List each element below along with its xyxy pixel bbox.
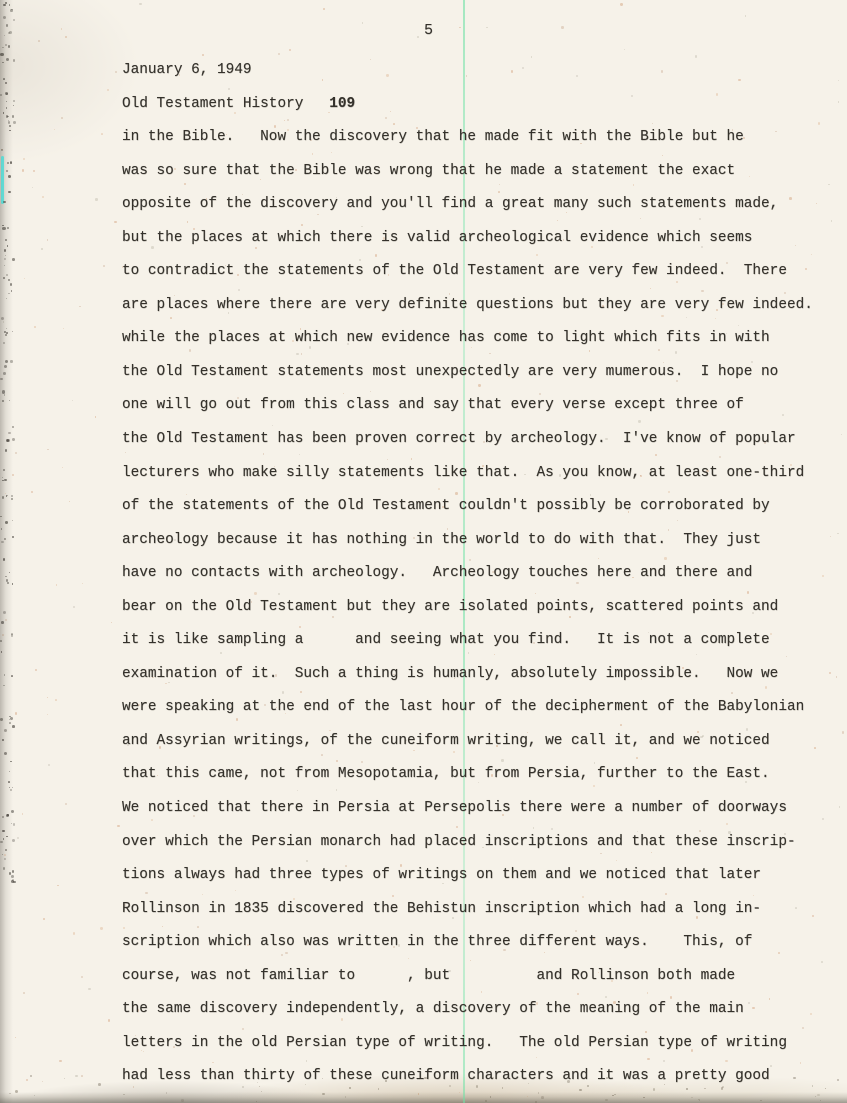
typed-line: was so sure that the Bible was wrong tha… bbox=[122, 155, 829, 189]
page-number: 5 bbox=[424, 22, 433, 39]
speck bbox=[47, 697, 48, 698]
typed-line: had less than thirty of these cuneiform … bbox=[122, 1060, 829, 1094]
speck bbox=[837, 1079, 840, 1082]
typed-line: but the places at which there is valid a… bbox=[122, 222, 829, 256]
speck bbox=[15, 712, 17, 714]
speck bbox=[95, 416, 96, 417]
speck bbox=[561, 26, 563, 28]
speck bbox=[289, 49, 291, 51]
speck bbox=[114, 221, 116, 223]
speck bbox=[100, 927, 102, 929]
speck bbox=[837, 533, 839, 535]
typed-line: that this came, not from Mesopotamia, bu… bbox=[122, 758, 829, 792]
scanned-document-page: 5 January 6, 1949 Old Testament History … bbox=[0, 0, 847, 1103]
speck bbox=[23, 158, 25, 160]
speck bbox=[23, 992, 25, 994]
typed-line: archeology because it has nothing in the… bbox=[122, 524, 829, 558]
speck bbox=[65, 803, 67, 805]
typed-line: the Old Testament has been proven correc… bbox=[122, 423, 829, 457]
speck bbox=[31, 491, 33, 493]
speck bbox=[830, 536, 831, 537]
speck bbox=[42, 1081, 43, 1082]
speck bbox=[838, 80, 839, 81]
speck bbox=[34, 326, 35, 327]
speck bbox=[42, 196, 44, 198]
typed-text-block: January 6, 1949 Old Testament History 10… bbox=[122, 54, 829, 1094]
speck bbox=[15, 1037, 17, 1039]
speck bbox=[88, 988, 90, 990]
typed-line: were speaking at the end of the last hou… bbox=[122, 691, 829, 725]
speck bbox=[43, 918, 45, 920]
body-text: in the Bible. Now the discovery that he … bbox=[122, 121, 829, 1094]
speck bbox=[61, 117, 63, 119]
speck bbox=[362, 22, 364, 24]
speck bbox=[107, 89, 109, 91]
course-title: Old Testament History bbox=[122, 96, 329, 112]
speck bbox=[95, 198, 97, 200]
speck bbox=[55, 699, 57, 701]
speck bbox=[323, 8, 325, 10]
speck bbox=[61, 28, 62, 29]
speck bbox=[111, 622, 112, 623]
speck bbox=[139, 3, 141, 5]
speck bbox=[82, 583, 83, 584]
speck bbox=[620, 3, 622, 5]
typed-line: lecturers who make silly statements like… bbox=[122, 457, 829, 491]
speck bbox=[47, 449, 48, 450]
speck bbox=[47, 239, 48, 240]
typed-line: it is like sampling a and seeing what yo… bbox=[122, 624, 829, 658]
typed-line: the Old Testament statements most unexpe… bbox=[122, 356, 829, 390]
typed-line: over which the Persian monarch had place… bbox=[122, 826, 829, 860]
typed-line: while the places at which new evidence h… bbox=[122, 322, 829, 356]
speck bbox=[56, 584, 57, 585]
speck bbox=[59, 1060, 61, 1062]
speck bbox=[79, 306, 81, 308]
speck bbox=[829, 672, 831, 674]
speck bbox=[73, 606, 75, 608]
typed-line: to contradict the statements of the Old … bbox=[122, 255, 829, 289]
date-line: January 6, 1949 bbox=[122, 54, 829, 88]
course-number: 109 bbox=[329, 96, 355, 112]
speck bbox=[35, 669, 37, 671]
typed-line: bear on the Old Testament but they are i… bbox=[122, 591, 829, 625]
speck bbox=[75, 1075, 77, 1077]
typed-line: opposite of the discovery and you'll fin… bbox=[122, 188, 829, 222]
speck bbox=[838, 101, 840, 103]
cyan-scan-artifact bbox=[1, 156, 4, 204]
typed-line: in the Bible. Now the discovery that he … bbox=[122, 121, 829, 155]
speck bbox=[63, 328, 64, 329]
typed-line: letters in the old Persian type of writi… bbox=[122, 1027, 829, 1061]
speck bbox=[13, 881, 16, 884]
speck bbox=[842, 731, 844, 733]
typed-line: are places where there are very definite… bbox=[122, 289, 829, 323]
speck bbox=[745, 15, 747, 17]
speck bbox=[115, 71, 117, 73]
speck bbox=[117, 825, 119, 827]
speck bbox=[81, 976, 83, 978]
speck bbox=[841, 434, 842, 435]
typed-line: tions always had three types of writings… bbox=[122, 859, 829, 893]
speck bbox=[15, 452, 17, 454]
typed-line: and Assyrian writings, of the cuneiform … bbox=[122, 725, 829, 759]
speck bbox=[48, 764, 50, 766]
speck bbox=[839, 806, 841, 808]
typed-line: of the statements of the Old Testament c… bbox=[122, 490, 829, 524]
speck bbox=[81, 1075, 83, 1077]
speck bbox=[47, 714, 48, 715]
speck bbox=[57, 885, 59, 887]
typed-line: Rollinson in 1835 discovered the Behistu… bbox=[122, 893, 829, 927]
speck bbox=[64, 1078, 66, 1080]
speck bbox=[38, 40, 40, 42]
speck bbox=[13, 121, 16, 124]
speck bbox=[13, 59, 15, 61]
speck bbox=[26, 1079, 28, 1081]
speck bbox=[103, 265, 105, 267]
speck bbox=[41, 248, 42, 249]
speck bbox=[13, 19, 15, 21]
speck bbox=[22, 813, 23, 814]
speck bbox=[69, 501, 70, 502]
speck bbox=[101, 133, 103, 135]
typed-line: course, was not familiar to , but and Ro… bbox=[122, 960, 829, 994]
speck bbox=[417, 36, 419, 38]
typed-line: We noticed that there in Persia at Perse… bbox=[122, 792, 829, 826]
speck bbox=[459, 27, 461, 29]
speck bbox=[65, 36, 67, 38]
speck bbox=[624, 49, 625, 50]
speck bbox=[33, 170, 35, 172]
typed-line: one will go out from this class and say … bbox=[122, 389, 829, 423]
typed-line: have no contacts with archeology. Archeo… bbox=[122, 557, 829, 591]
speck bbox=[54, 129, 55, 130]
speck bbox=[17, 837, 19, 839]
speck bbox=[22, 169, 24, 171]
speck bbox=[32, 187, 33, 188]
speck bbox=[836, 676, 837, 677]
speck bbox=[486, 27, 488, 29]
speck bbox=[24, 278, 26, 280]
speck bbox=[72, 400, 73, 401]
speck bbox=[831, 220, 833, 222]
speck bbox=[73, 932, 76, 935]
speck bbox=[13, 823, 15, 825]
course-header-line: Old Testament History 109 bbox=[122, 88, 829, 122]
typed-line: scription which also was written in the … bbox=[122, 926, 829, 960]
speck bbox=[98, 1083, 101, 1086]
speck bbox=[62, 467, 63, 468]
speck bbox=[30, 1075, 31, 1076]
typed-line: examination of it. Such a thing is human… bbox=[122, 658, 829, 692]
speck bbox=[108, 1019, 110, 1021]
typed-line: the same discovery independently, a disc… bbox=[122, 993, 829, 1027]
